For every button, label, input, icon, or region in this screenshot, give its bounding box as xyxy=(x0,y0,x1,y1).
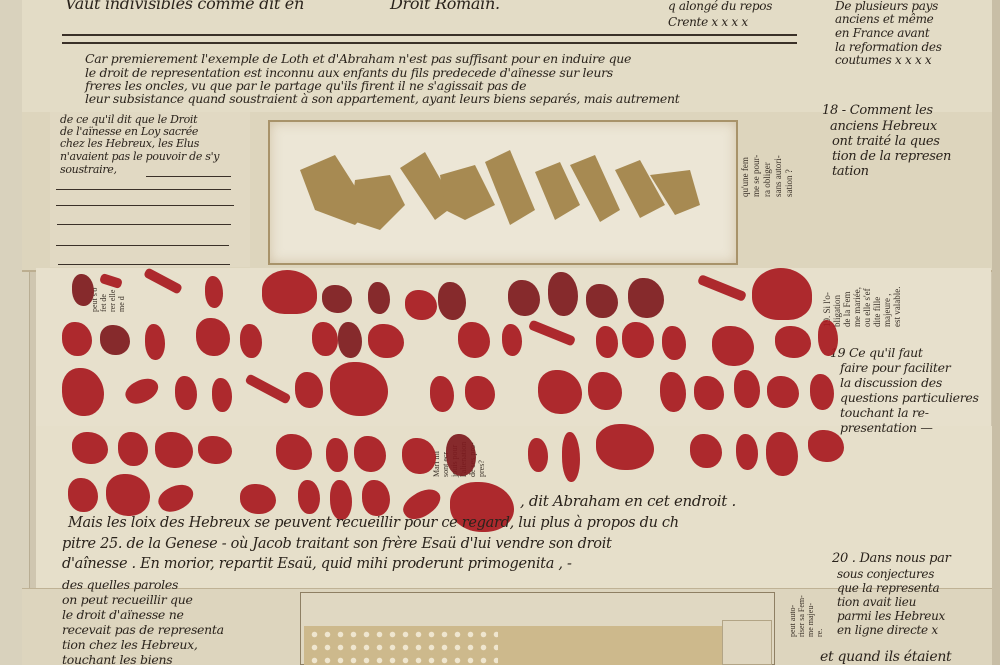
card-line-5 xyxy=(56,245,229,246)
main-line-1: Mais les loix des Hebreux se peuvent rec… xyxy=(68,516,679,531)
perforation-dots xyxy=(308,628,498,665)
top-line-mid: Droit Romain. xyxy=(390,0,500,13)
top-line-right: q alongé du repos xyxy=(668,0,772,13)
print-fragment-2: 19. Si l'o- bligation de la Fem me marié… xyxy=(822,272,902,327)
small-tab xyxy=(722,620,772,665)
top-line-left: Vaut indivisibles comme dit en xyxy=(65,0,304,13)
card-line-4 xyxy=(57,224,231,225)
top-para-4: leur subsistance quand soustraient à son… xyxy=(85,92,679,105)
main-line-3: d'aînesse . En morior, repartit Esaü, qu… xyxy=(62,557,572,572)
double-strike-1 xyxy=(62,34,797,36)
main-line-0: , dit Abraham en cet endroit . xyxy=(520,494,736,510)
card-line-6 xyxy=(58,264,230,265)
double-strike-2 xyxy=(62,42,797,44)
top-line-right-2: Crente x x x x xyxy=(668,16,748,29)
print-fragment-1: qu'une fem me se pour- ra obliger sans a… xyxy=(740,122,795,197)
card-line-1 xyxy=(146,176,231,177)
right-edge xyxy=(992,0,1000,665)
card-line-3 xyxy=(56,205,234,206)
print-fragment-5: peut auto- riser sa Fem- me majeu- re. xyxy=(788,592,824,637)
card-line-2 xyxy=(56,189,231,190)
embossed-lettering xyxy=(295,150,715,250)
top-para-1: Car premierement l'exemple de Loth et d'… xyxy=(85,52,631,65)
main-line-2: pitre 25. de la Genese - où Jacob traita… xyxy=(62,537,612,552)
bottom-right-partial: et quand ils étaient xyxy=(820,650,951,665)
